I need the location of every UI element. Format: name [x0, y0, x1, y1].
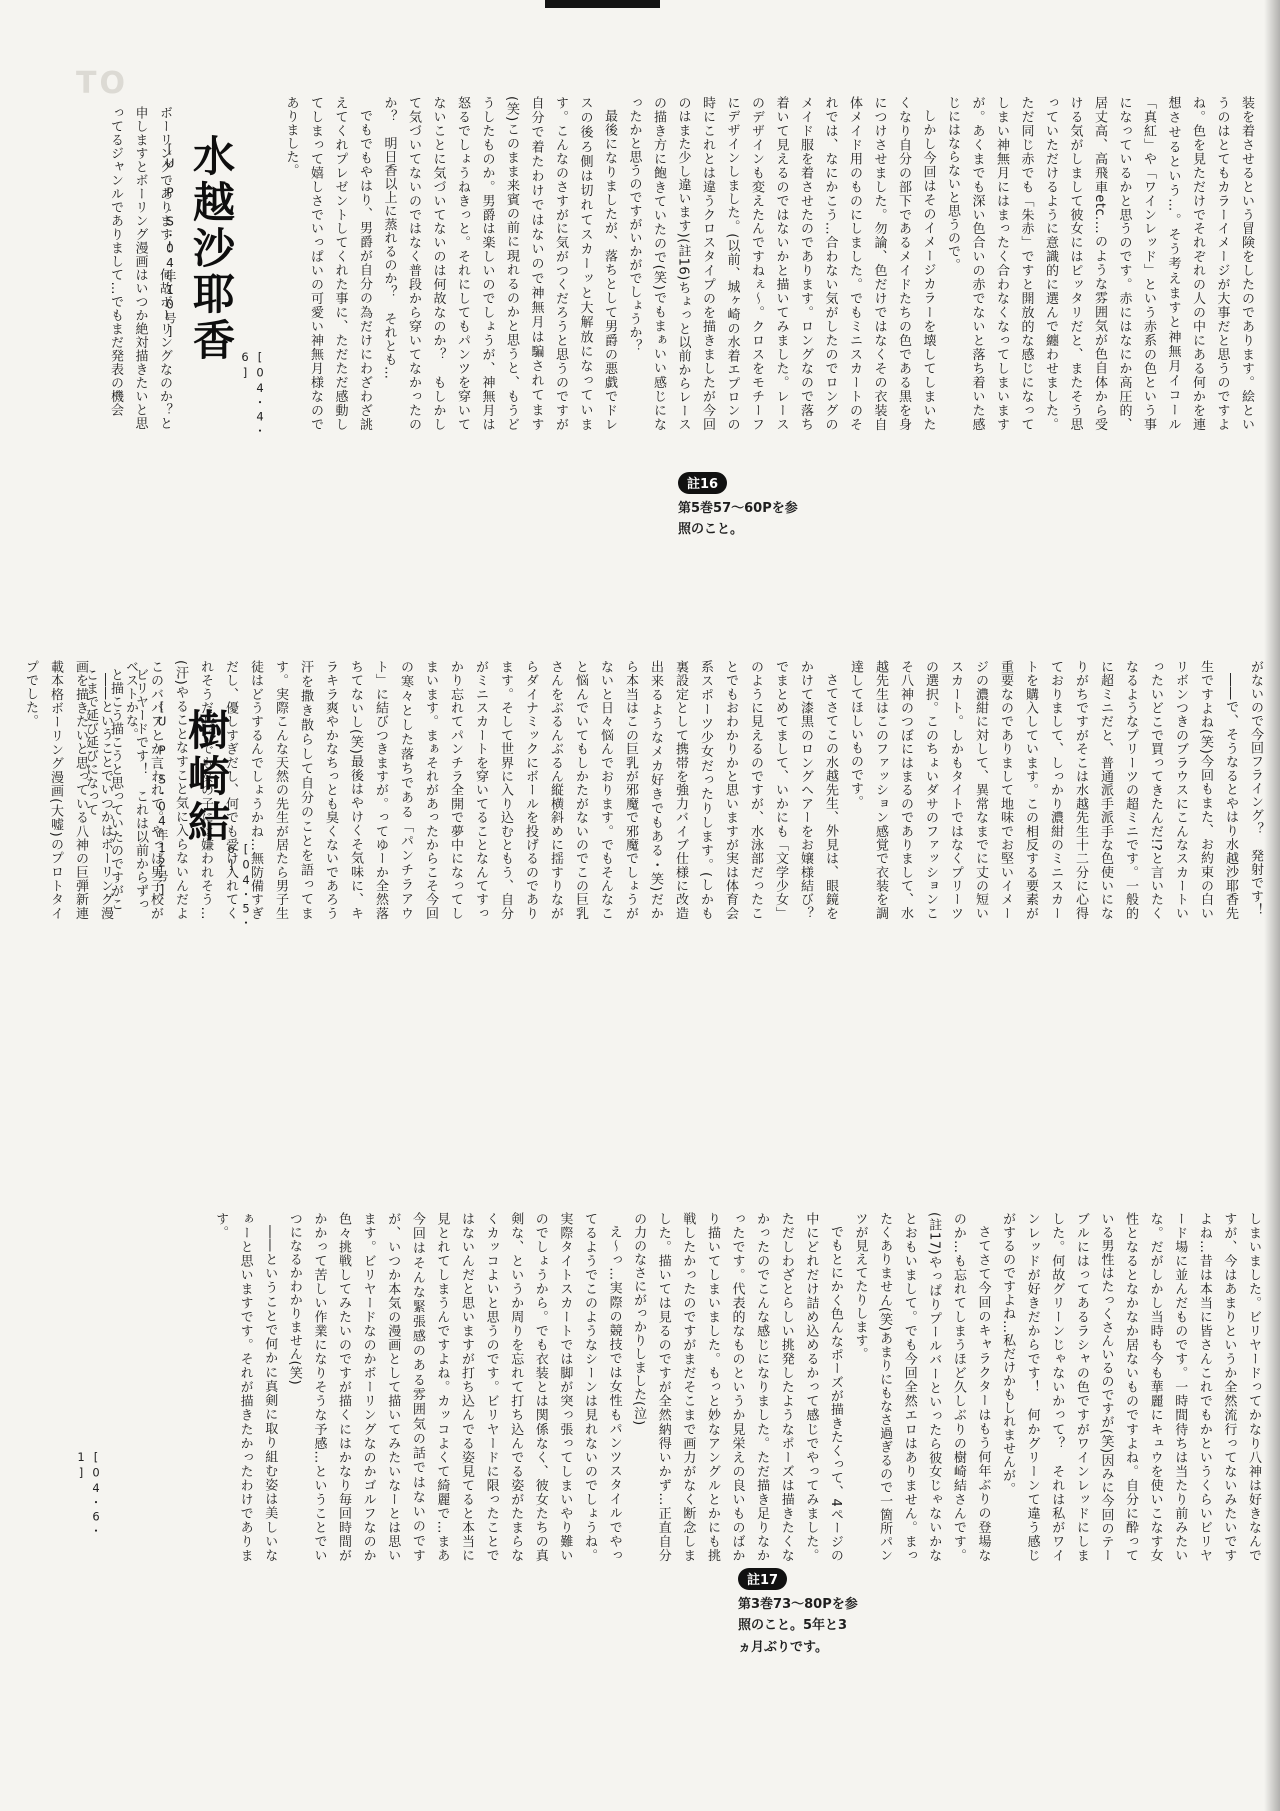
paragraph: 装を着させるという冒険をしたのであります。絵というのはとてもカラーイメージが大事… [940, 96, 1259, 431]
paragraph: しまいました。ビリヤードってかなり八神は好きなんですが、今はあまりというか全然流… [994, 1212, 1265, 1562]
paragraph: がないので今回フライング？ 発射です！ [1243, 660, 1268, 920]
article-heading-mizukoshi-sayaka: 水越沙耶香 [181, 134, 241, 384]
article-intro-mizukoshi: ボーリングであります！ 何故ボーリングなのか？と申しますとボーリング漫画はいつか… [96, 106, 176, 441]
footnote-17-line: 第3巻73～80Pを参 [738, 1594, 908, 1615]
article-heading-kizaki-yui: 樹崎結 [176, 708, 236, 868]
paragraph: しかし今回はそのイメージカラーを壊してしまいたくなり自分の部下であるメイドたちの… [621, 96, 940, 431]
article-date-kizaki: [04・6・1] [74, 1450, 104, 1550]
article-body-kannazuki: 装を着させるという冒険をしたのであります。絵というのはとてもカラーイメージが大事… [258, 96, 1258, 431]
article-body-mizukoshi: がないので今回フライング？ 発射です！――で、そうなるとやはり水越沙耶香先生です… [240, 660, 1268, 920]
footnote-16: 註16 第5巻57～60Pを参 照のこと。 [678, 472, 848, 541]
paragraph: でもとにかく色んなポーズが描きたくって、4ページの中にどれだけ詰め込めるかって感… [626, 1212, 847, 1562]
article-body-kizaki: しまいました。ビリヤードってかなり八神は好きなんですが、今はあまりというか全然流… [95, 1212, 1265, 1562]
article-source-kizaki: [U.P.S・04年12号] [154, 700, 171, 930]
scan-artifact-corner-mark: TO [76, 66, 128, 101]
paragraph: ――ということで何かに真剣に取り組む姿は美しいなぁーと思いますです。それが描きた… [207, 1212, 281, 1562]
footnote-17-line: 照のこと。5年と3 [738, 1615, 908, 1636]
footnote-17-badge: 註17 [738, 1568, 787, 1590]
paragraph: ――で、そうなるとやはり水越沙耶香先生ですよね(笑)今回もまた、お約束の白いリボ… [843, 660, 1243, 920]
paragraph: でもでもやはり、男爵が自分の為だけにわざわざ誂えてくれプレゼントしてくれた事に、… [278, 96, 376, 431]
footnote-16-badge: 註16 [678, 472, 727, 494]
footnote-16-line: 第5巻57～60Pを参 [678, 498, 848, 519]
article-date-kannazuki: [04・4・6] [238, 350, 268, 450]
paragraph: さてさて今回のキャラクターはもう何年ぶりの登場なのか…も忘れてしまうほど久しぶり… [847, 1212, 995, 1562]
footnote-17: 註17 第3巻73～80Pを参 照のこと。5年と3 ヵ月ぶりです。 [738, 1568, 908, 1658]
scanned-book-page: TO 装を着させるという冒険をしたのであります。絵というのはとてもカラーイメージ… [0, 0, 1280, 1811]
footnote-16-line: 照のこと。 [678, 519, 848, 540]
paragraph: え～っ…実際の競技では女性もパンツスタイルでやってるようでこのようなシーンは見れ… [281, 1212, 625, 1562]
footnote-17-line: ヵ月ぶりです。 [738, 1637, 908, 1658]
scan-artifact-top-bar [545, 0, 660, 8]
paragraph: 最後になりましたが、落ちとして男爵の悪戯でドレスの後ろ側は切れてスカーッと大解放… [376, 96, 621, 431]
article-intro-kizaki: ビリヤードです！ これは以前からずっと描こう描こうと思っていたのですがここまで延… [97, 668, 153, 923]
